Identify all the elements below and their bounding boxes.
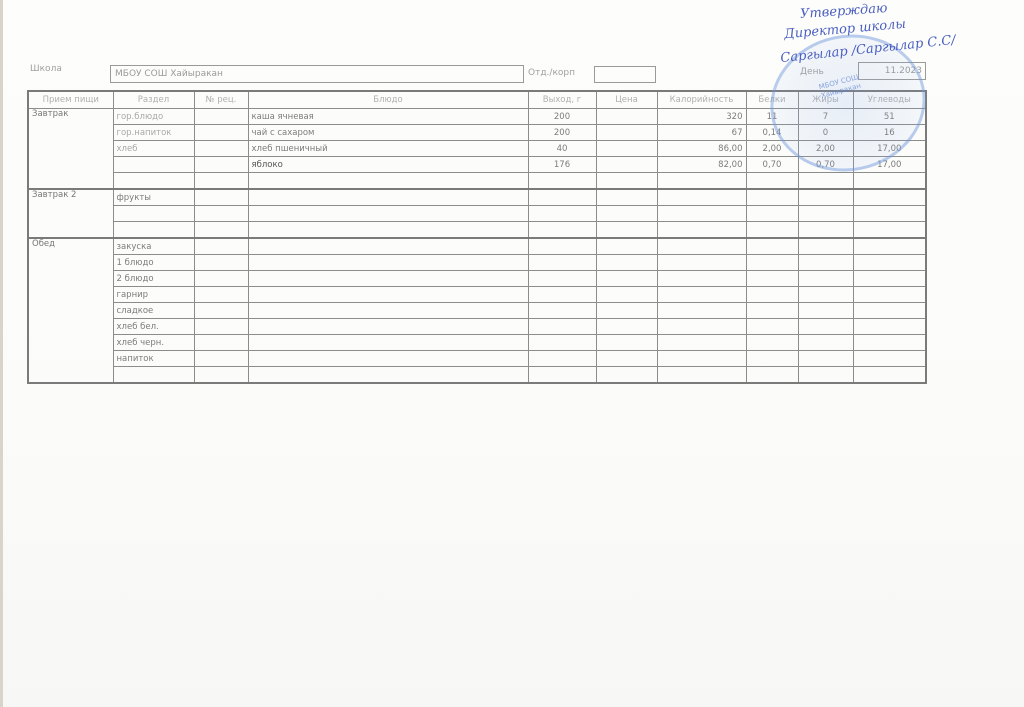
cell-fat	[798, 238, 853, 255]
cell-recipe	[194, 173, 248, 190]
cell-yield: 200	[528, 125, 596, 141]
paper-edge	[0, 0, 3, 707]
cell-yield: 40	[528, 141, 596, 157]
cell-dish	[248, 206, 528, 222]
cell-section: сладкое	[113, 303, 194, 319]
cell-calories	[657, 319, 746, 335]
table-row	[28, 173, 926, 190]
cell-calories	[657, 173, 746, 190]
cell-carbs	[853, 173, 926, 190]
cell-carbs	[853, 303, 926, 319]
table-row: Обедзакуска	[28, 238, 926, 255]
cell-dish	[248, 255, 528, 271]
cell-dish	[248, 351, 528, 367]
cell-price	[596, 238, 657, 255]
cell-recipe	[194, 287, 248, 303]
cell-yield	[528, 189, 596, 206]
cell-dish	[248, 222, 528, 239]
cell-protein	[746, 222, 798, 239]
cell-calories	[657, 255, 746, 271]
cell-section	[113, 157, 194, 173]
cell-recipe	[194, 206, 248, 222]
cell-calories: 67	[657, 125, 746, 141]
cell-recipe	[194, 157, 248, 173]
cell-fat	[798, 189, 853, 206]
cell-section: хлеб черн.	[113, 335, 194, 351]
cell-fat	[798, 255, 853, 271]
cell-dish	[248, 173, 528, 190]
cell-price	[596, 206, 657, 222]
cell-protein	[746, 287, 798, 303]
cell-carbs	[853, 367, 926, 384]
cell-recipe	[194, 303, 248, 319]
cell-protein	[746, 189, 798, 206]
cell-calories	[657, 222, 746, 239]
cell-section: гор.напиток	[113, 125, 194, 141]
cell-yield	[528, 303, 596, 319]
table-row: яблоко17682,000,700,7017,00	[28, 157, 926, 173]
cell-price	[596, 335, 657, 351]
cell-recipe	[194, 271, 248, 287]
cell-yield	[528, 238, 596, 255]
table-row	[28, 222, 926, 239]
cell-yield	[528, 222, 596, 239]
cell-price	[596, 173, 657, 190]
table-row: хлеб бел.	[28, 319, 926, 335]
cell-recipe	[194, 222, 248, 239]
cell-calories	[657, 206, 746, 222]
cell-recipe	[194, 255, 248, 271]
cell-price	[596, 351, 657, 367]
table-row: 2 блюдо	[28, 271, 926, 287]
cell-price	[596, 125, 657, 141]
cell-section: 1 блюдо	[113, 255, 194, 271]
cell-fat	[798, 206, 853, 222]
cell-protein	[746, 238, 798, 255]
cell-calories	[657, 303, 746, 319]
cell-dish	[248, 287, 528, 303]
table-row: хлеб черн.	[28, 335, 926, 351]
col-recipe: № рец.	[194, 91, 248, 109]
cell-section	[113, 206, 194, 222]
cell-dish	[248, 335, 528, 351]
table-row	[28, 206, 926, 222]
cell-dish: хлеб пшеничный	[248, 141, 528, 157]
cell-recipe	[194, 141, 248, 157]
cell-price	[596, 255, 657, 271]
cell-section: напиток	[113, 351, 194, 367]
cell-section: хлеб	[113, 141, 194, 157]
cell-carbs	[853, 271, 926, 287]
cell-carbs	[853, 351, 926, 367]
cell-price	[596, 367, 657, 384]
col-dish: Блюдо	[248, 91, 528, 109]
table-row: сладкое	[28, 303, 926, 319]
cell-fat	[798, 335, 853, 351]
table-row: напиток	[28, 351, 926, 367]
cell-dish: чай с сахаром	[248, 125, 528, 141]
cell-price	[596, 303, 657, 319]
cell-dish	[248, 271, 528, 287]
cell-carbs	[853, 206, 926, 222]
cell-carbs	[853, 319, 926, 335]
cell-calories	[657, 367, 746, 384]
cell-recipe	[194, 125, 248, 141]
table-row	[28, 367, 926, 384]
cell-carbs	[853, 189, 926, 206]
cell-price	[596, 222, 657, 239]
cell-protein	[746, 206, 798, 222]
cell-price	[596, 157, 657, 173]
school-field: МБОУ СОШ Хайыракан	[110, 65, 524, 83]
cell-price	[596, 271, 657, 287]
cell-yield	[528, 351, 596, 367]
cell-section	[113, 222, 194, 239]
cell-section: гарнир	[113, 287, 194, 303]
col-price: Цена	[596, 91, 657, 109]
cell-price	[596, 319, 657, 335]
table-row: 1 блюдо	[28, 255, 926, 271]
cell-recipe	[194, 351, 248, 367]
cell-recipe	[194, 189, 248, 206]
cell-protein	[746, 335, 798, 351]
cell-price	[596, 141, 657, 157]
cell-fat	[798, 287, 853, 303]
cell-fat	[798, 173, 853, 190]
dept-field	[594, 66, 656, 83]
cell-calories: 86,00	[657, 141, 746, 157]
cell-yield	[528, 255, 596, 271]
cell-recipe	[194, 367, 248, 384]
cell-protein: 0,70	[746, 157, 798, 173]
cell-section	[113, 173, 194, 190]
cell-meal: Завтрак	[28, 109, 113, 190]
cell-fat	[798, 303, 853, 319]
cell-protein	[746, 303, 798, 319]
cell-fat	[798, 271, 853, 287]
cell-protein	[746, 367, 798, 384]
cell-price	[596, 109, 657, 125]
cell-yield: 200	[528, 109, 596, 125]
cell-yield	[528, 206, 596, 222]
cell-dish	[248, 238, 528, 255]
cell-meal: Завтрак 2	[28, 189, 113, 238]
cell-calories: 82,00	[657, 157, 746, 173]
cell-section: фрукты	[113, 189, 194, 206]
cell-section: гор.блюдо	[113, 109, 194, 125]
cell-section	[113, 367, 194, 384]
cell-carbs	[853, 238, 926, 255]
cell-section: закуска	[113, 238, 194, 255]
cell-protein	[746, 351, 798, 367]
cell-carbs	[853, 287, 926, 303]
cell-protein	[746, 255, 798, 271]
cell-section: хлеб бел.	[113, 319, 194, 335]
cell-recipe	[194, 335, 248, 351]
cell-yield	[528, 319, 596, 335]
table-row: гарнир	[28, 287, 926, 303]
cell-meal: Обед	[28, 238, 113, 383]
cell-yield	[528, 367, 596, 384]
cell-dish: каша ячневая	[248, 109, 528, 125]
cell-calories	[657, 189, 746, 206]
cell-yield: 176	[528, 157, 596, 173]
cell-recipe	[194, 238, 248, 255]
cell-carbs	[853, 335, 926, 351]
cell-yield	[528, 173, 596, 190]
cell-calories	[657, 335, 746, 351]
cell-carbs	[853, 222, 926, 239]
cell-yield	[528, 271, 596, 287]
cell-protein	[746, 173, 798, 190]
cell-fat	[798, 351, 853, 367]
cell-protein	[746, 271, 798, 287]
cell-fat	[798, 222, 853, 239]
cell-dish	[248, 189, 528, 206]
cell-dish: яблоко	[248, 157, 528, 173]
cell-calories	[657, 287, 746, 303]
cell-fat	[798, 367, 853, 384]
cell-recipe	[194, 319, 248, 335]
cell-protein	[746, 319, 798, 335]
cell-dish	[248, 319, 528, 335]
cell-dish	[248, 367, 528, 384]
col-meal: Прием пищи	[28, 91, 113, 109]
dept-label: Отд./корп	[528, 68, 575, 78]
cell-carbs	[853, 255, 926, 271]
cell-price	[596, 287, 657, 303]
cell-calories	[657, 351, 746, 367]
cell-calories	[657, 271, 746, 287]
cell-price	[596, 189, 657, 206]
col-calories: Калорийность	[657, 91, 746, 109]
cell-recipe	[194, 109, 248, 125]
cell-yield	[528, 335, 596, 351]
cell-calories	[657, 238, 746, 255]
col-yield: Выход, г	[528, 91, 596, 109]
col-section: Раздел	[113, 91, 194, 109]
school-label: Школа	[30, 64, 62, 74]
cell-calories: 320	[657, 109, 746, 125]
cell-section: 2 блюдо	[113, 271, 194, 287]
cell-dish	[248, 303, 528, 319]
cell-yield	[528, 287, 596, 303]
cell-fat	[798, 319, 853, 335]
table-row: Завтрак 2фрукты	[28, 189, 926, 206]
